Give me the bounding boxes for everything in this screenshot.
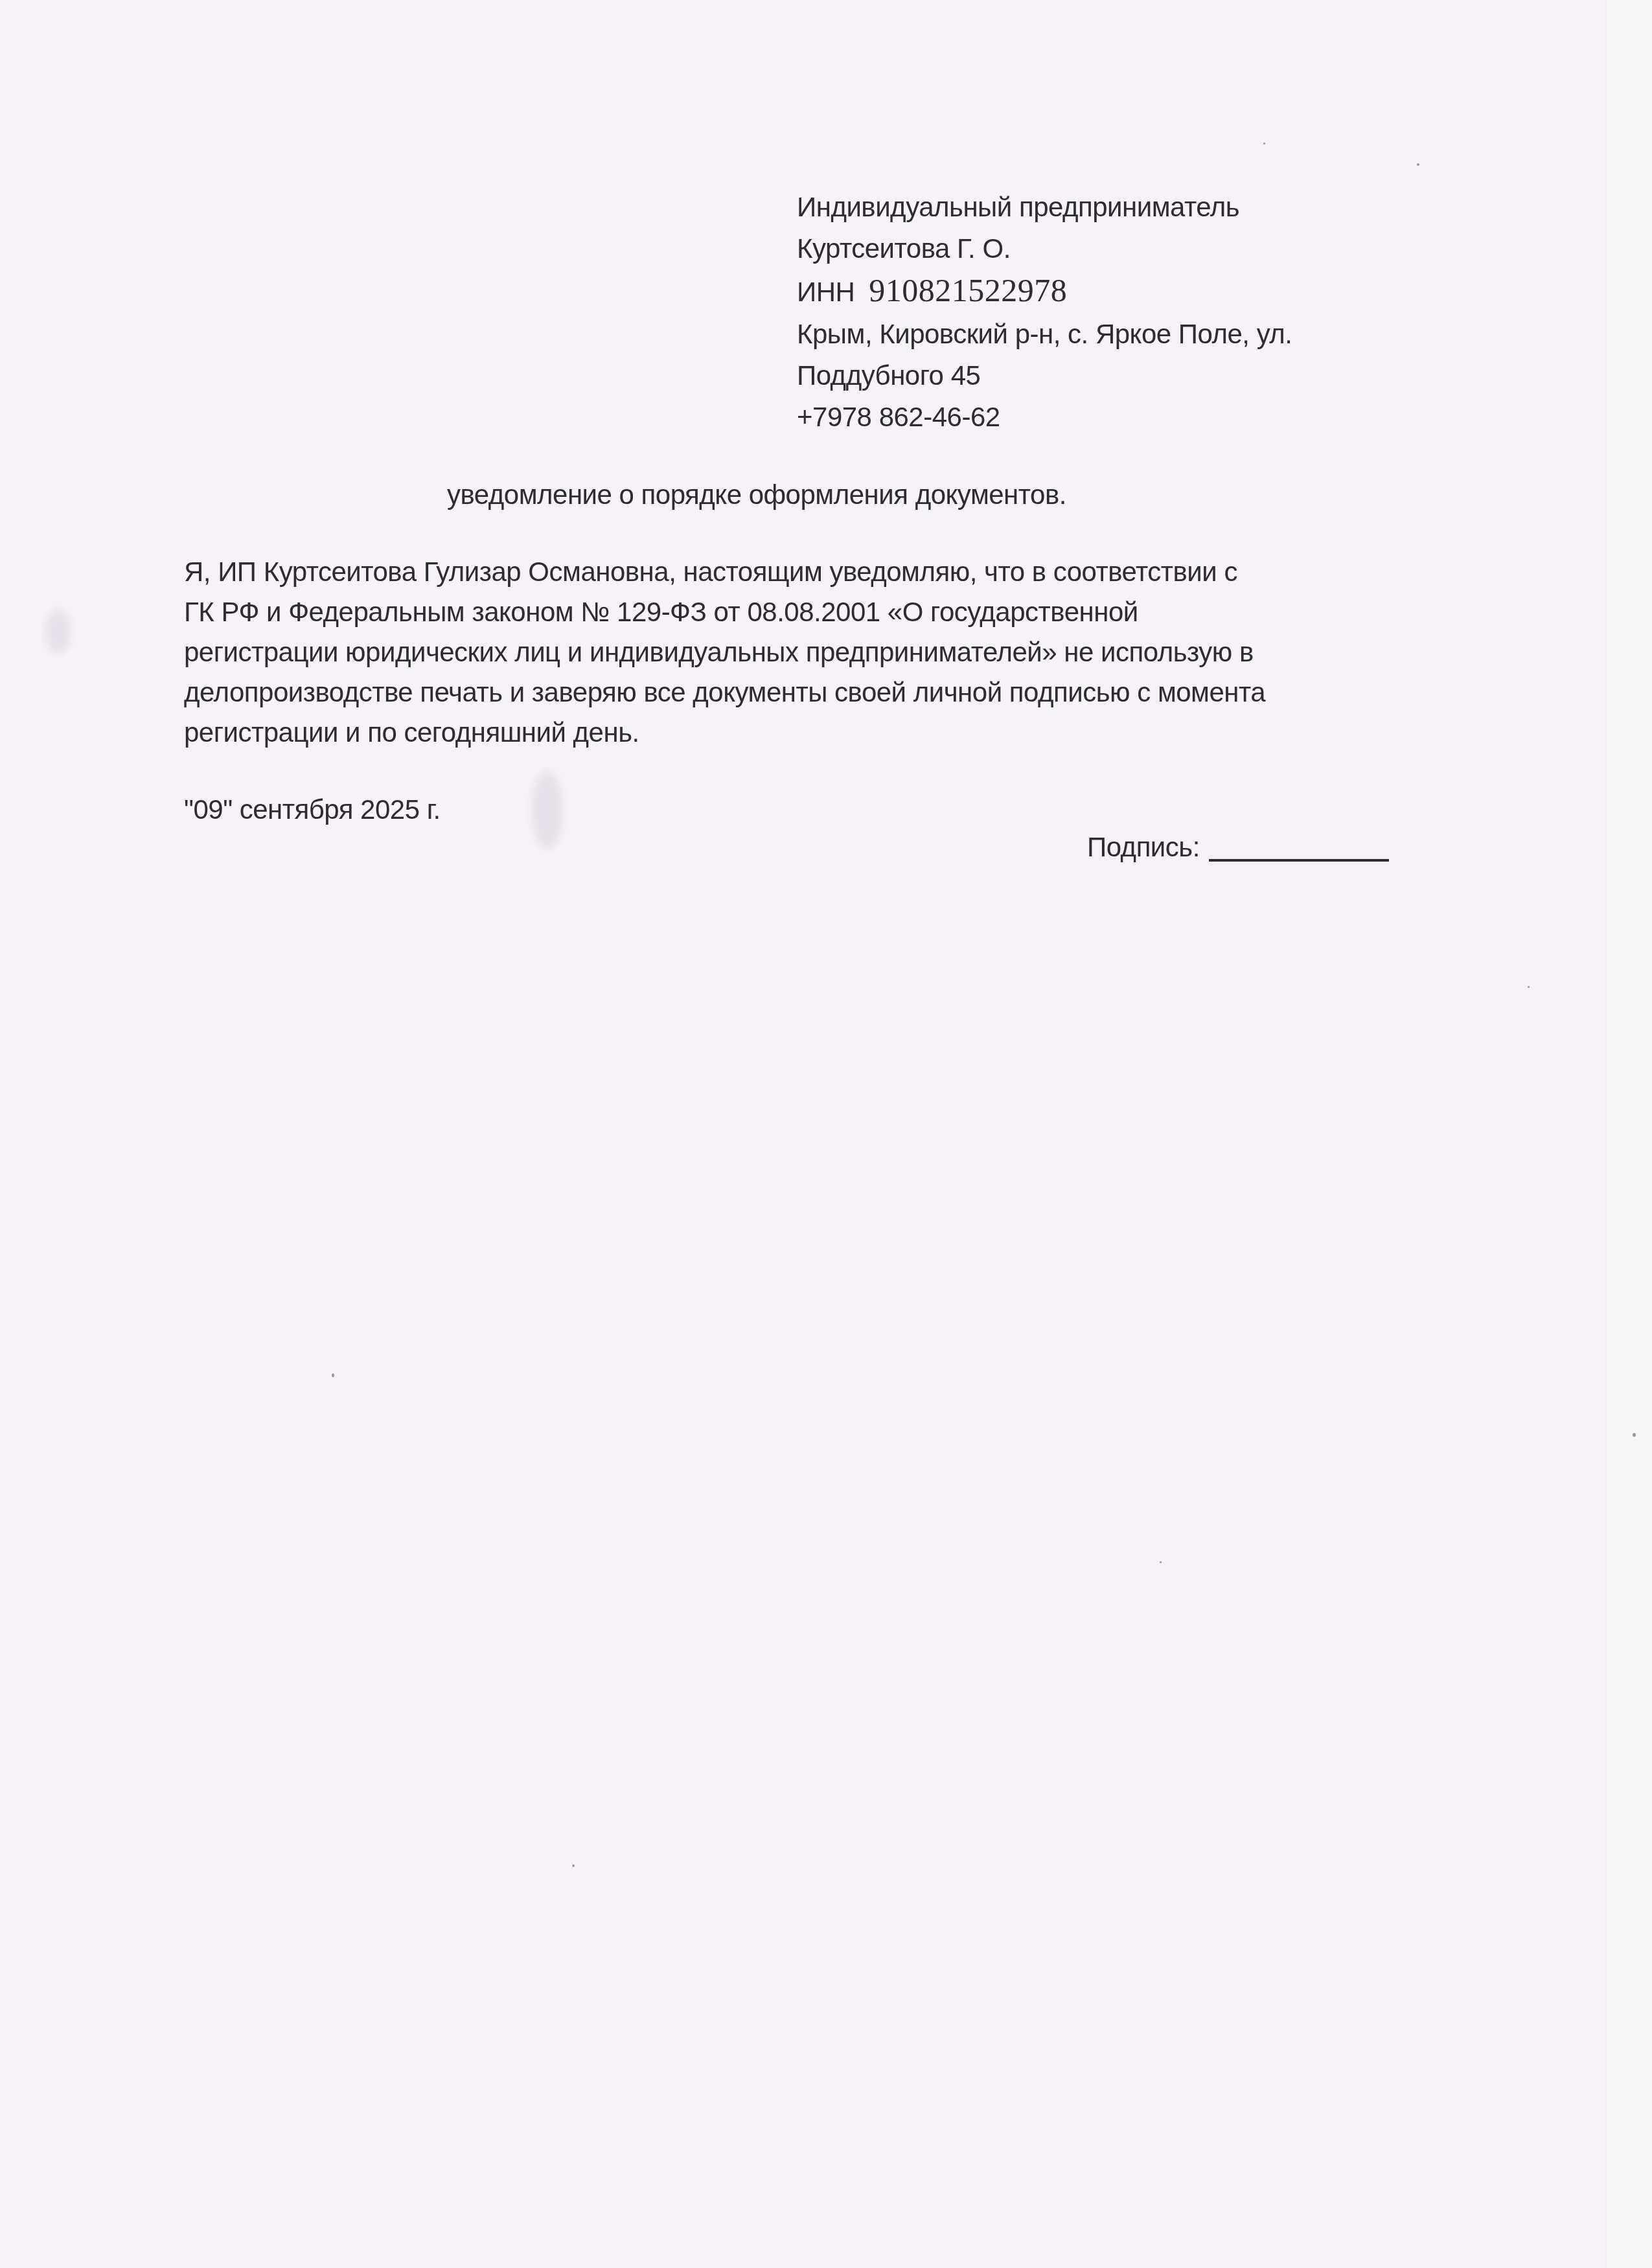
- sender-title: Индивидуальный предприниматель: [797, 187, 1292, 228]
- signature-line: [1209, 859, 1389, 862]
- body-line: ГК РФ и Федеральным законом № 129-ФЗ от …: [184, 592, 1415, 632]
- scan-speck: [1160, 1561, 1162, 1563]
- scan-speck: [332, 1373, 334, 1377]
- sender-name: Куртсеитова Г. О.: [797, 228, 1292, 269]
- signature-block: Подпись:: [1087, 829, 1389, 865]
- scan-speck: [1633, 1433, 1636, 1437]
- sender-phone: +7978 862-46-62: [797, 396, 1292, 438]
- body-line: регистрации юридических лиц и индивидуал…: [184, 632, 1415, 672]
- body-line: делопроизводстве печать и заверяю все до…: [184, 672, 1415, 713]
- inn-label: ИНН: [797, 277, 855, 307]
- scan-speck: [1528, 986, 1530, 988]
- scan-speck: [1263, 143, 1265, 144]
- scan-speck: [1417, 163, 1419, 166]
- inn-value: 910821522978: [869, 272, 1067, 308]
- sender-address-line-2: Поддубного 45: [797, 355, 1292, 396]
- body-line: Я, ИП Куртсеитова Гулизар Османовна, нас…: [184, 552, 1415, 592]
- scan-smudge: [531, 771, 564, 849]
- body-line: регистрации и по сегодняшний день.: [184, 713, 1415, 753]
- sender-address-line-1: Крым, Кировский р-н, с. Яркое Поле, ул.: [797, 314, 1292, 355]
- signature-label: Подпись:: [1087, 832, 1200, 862]
- sender-block: Индивидуальный предприниматель Куртсеито…: [797, 187, 1292, 438]
- document-body: Я, ИП Куртсеитова Гулизар Османовна, нас…: [184, 552, 1415, 753]
- document-date: "09" сентября 2025 г.: [184, 792, 441, 828]
- sender-inn: ИНН910821522978: [797, 269, 1292, 314]
- scan-smudge: [45, 609, 71, 654]
- scan-edge-strip: [1606, 0, 1652, 2268]
- scan-speck: [572, 1864, 575, 1867]
- document-title: уведомление о порядке оформления докумен…: [447, 477, 1066, 513]
